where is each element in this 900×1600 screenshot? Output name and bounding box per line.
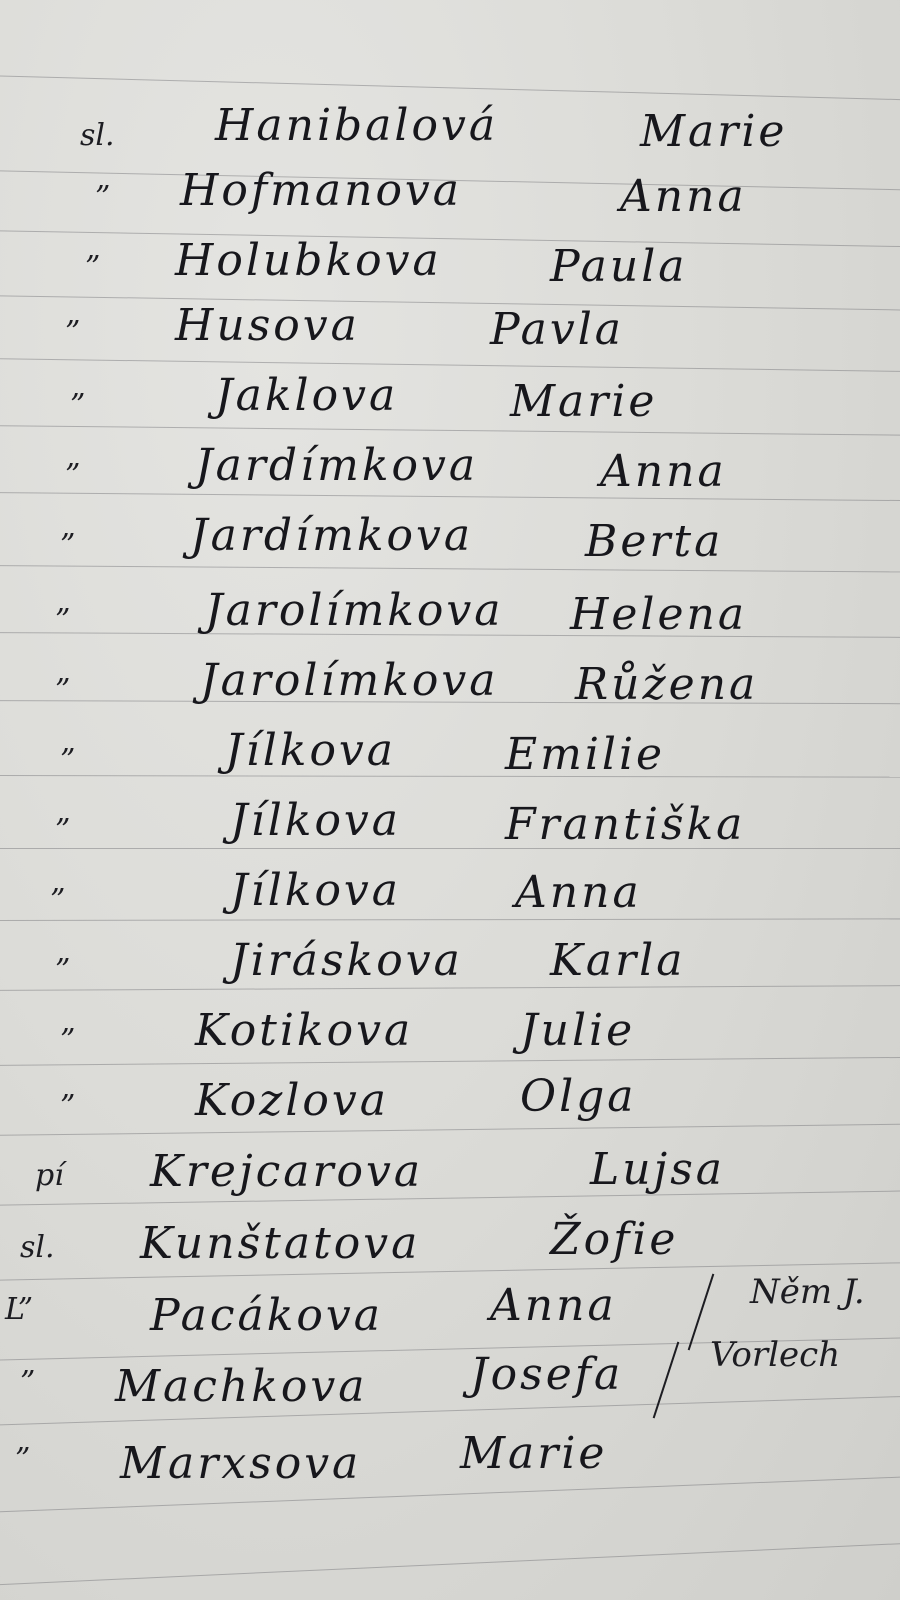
- entry-prefix: ”: [60, 1023, 75, 1058]
- entry-given-name: Berta: [585, 516, 723, 567]
- list-entry: ” Husova Pavla: [0, 300, 900, 360]
- list-entry: ” Jarolímkova Růžena: [0, 655, 900, 715]
- entry-prefix: ”: [55, 603, 70, 638]
- entry-given-name: Josefa: [470, 1349, 623, 1400]
- list-entry: ” Jarolímkova Helena: [0, 585, 900, 645]
- entry-prefix: ”: [55, 953, 70, 988]
- entry-surname: Jílkova: [230, 795, 401, 846]
- list-entry: pí Krejcarova Lujsa: [0, 1150, 900, 1210]
- entry-surname: Hofmanova: [180, 165, 462, 216]
- entry-surname: Pacákova: [150, 1290, 383, 1341]
- slash-mark: [653, 1342, 680, 1419]
- entry-surname: Jarolímkova: [205, 585, 504, 636]
- list-entry: ” Jílkova Anna: [0, 865, 900, 925]
- entry-surname: Kotikova: [195, 1005, 413, 1056]
- entry-given-name: Karla: [550, 935, 685, 986]
- entry-surname: Jardímkova: [190, 510, 473, 561]
- entry-prefix: ”: [95, 180, 110, 215]
- entry-prefix: sl.: [80, 118, 115, 153]
- entry-surname: Jaklova: [215, 370, 398, 421]
- entry-prefix: ”: [60, 743, 75, 778]
- entry-prefix: ”: [65, 315, 80, 350]
- entry-prefix: L”: [5, 1292, 33, 1327]
- entry-prefix: ”: [55, 813, 70, 848]
- entry-given-name: Františka: [505, 799, 745, 850]
- entry-surname: Husova: [175, 300, 360, 351]
- entry-prefix: pí: [35, 1158, 64, 1193]
- entry-given-name: Olga: [520, 1071, 637, 1122]
- entry-prefix: sl.: [20, 1230, 55, 1265]
- entry-surname: Holubkova: [175, 235, 442, 286]
- entry-surname: Jiráskova: [230, 935, 463, 986]
- entry-given-name: Anna: [600, 446, 727, 497]
- entry-given-name: Marie: [460, 1428, 607, 1479]
- entry-surname: Jardímkova: [195, 440, 478, 491]
- entry-given-name: Marie: [510, 376, 657, 427]
- list-entry: ” Kozlova Olga: [0, 1075, 900, 1135]
- list-entry: ” Kotikova Julie: [0, 1005, 900, 1065]
- entry-given-name: Marie: [640, 106, 787, 157]
- entry-surname: Jarolímkova: [200, 655, 499, 706]
- entry-given-name: Helena: [570, 589, 747, 640]
- list-entry: ” Marxsova Marie: [0, 1440, 900, 1500]
- entry-prefix: ”: [15, 1442, 30, 1477]
- notebook-page: sl. Hanibalová Marie ” Hofmanova Anna ” …: [0, 0, 900, 1600]
- entry-given-name: Julie: [520, 1005, 635, 1056]
- entry-given-name: Lujsa: [590, 1144, 725, 1195]
- list-entry: ” Jaklova Marie: [0, 370, 900, 430]
- entry-given-name: Anna: [515, 867, 642, 918]
- entry-given-name: Emilie: [505, 729, 665, 780]
- entry-prefix: ”: [20, 1365, 35, 1400]
- list-entry: ” Jílkova Františka: [0, 795, 900, 855]
- list-entry: ” Holubkova Paula: [0, 235, 900, 295]
- entry-prefix: ”: [60, 1089, 75, 1124]
- list-entry: ” Jiráskova Karla: [0, 935, 900, 995]
- entry-surname: Krejcarova: [150, 1146, 423, 1197]
- entry-given-name: Anna: [620, 171, 747, 222]
- list-entry: ” Hofmanova Anna: [0, 165, 900, 225]
- entry-surname: Kozlova: [195, 1075, 389, 1126]
- list-entry: ” Machkova Josefa Vorlech: [0, 1365, 900, 1425]
- entry-prefix: ”: [60, 528, 75, 563]
- list-entry: ” Jardímkova Anna: [0, 440, 900, 500]
- entry-surname: Machkova: [115, 1361, 368, 1412]
- entry-surname: Jílkova: [225, 725, 396, 776]
- entry-surname: Marxsova: [120, 1438, 361, 1489]
- marginal-note: Něm J.: [750, 1272, 865, 1312]
- entry-given-name: Pavla: [490, 304, 624, 355]
- entry-prefix: ”: [85, 250, 100, 285]
- marginal-note: Vorlech: [710, 1335, 840, 1375]
- entry-prefix: ”: [70, 388, 85, 423]
- entry-prefix: ”: [50, 883, 65, 918]
- ruled-line: [0, 1541, 900, 1586]
- list-entry: ” Jardímkova Berta: [0, 510, 900, 570]
- list-entry: ” Jílkova Emilie: [0, 725, 900, 785]
- entry-given-name: Paula: [550, 241, 688, 292]
- entry-surname: Kunštatova: [140, 1218, 420, 1269]
- entry-surname: Jílkova: [230, 865, 401, 916]
- entry-surname: Hanibalová: [215, 100, 498, 151]
- entry-prefix: ”: [55, 673, 70, 708]
- entry-given-name: Růžena: [575, 659, 758, 710]
- list-entry: sl. Hanibalová Marie: [0, 100, 900, 160]
- entry-prefix: ”: [65, 458, 80, 493]
- entry-given-name: Žofie: [550, 1214, 678, 1265]
- entry-given-name: Anna: [490, 1280, 617, 1331]
- ruled-line: [0, 75, 900, 101]
